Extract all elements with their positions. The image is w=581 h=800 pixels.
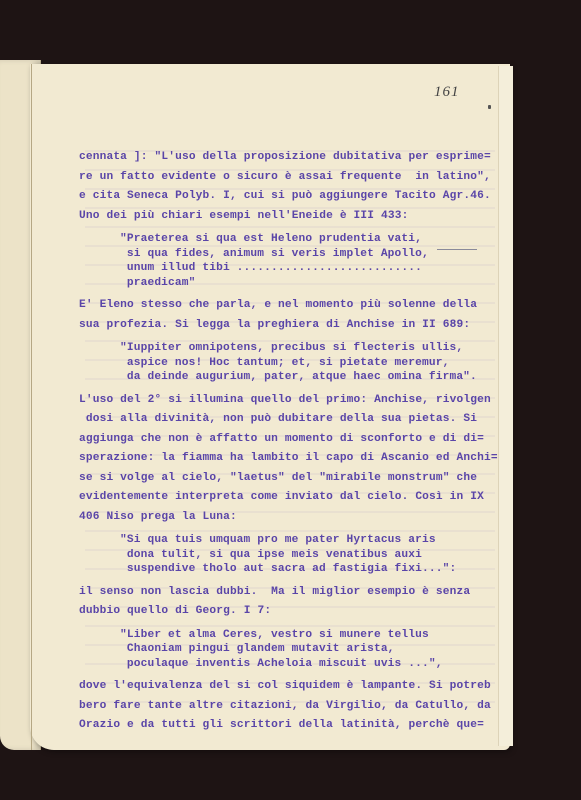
quote-line: da deinde augurium, pater, atque haec om… [79, 370, 499, 385]
quote-2: "Iuppiter omnipotens, precibus si flecte… [79, 341, 499, 385]
text-line: dubbio quello di Georg. I 7: [79, 602, 499, 622]
quote-line: "Liber et alma Ceres, vestro si munere t… [79, 628, 499, 643]
text-line: 406 Niso prega la Luna: [79, 508, 499, 528]
quote-line: praedicam" [79, 276, 499, 291]
quote-1: "Praeterea si qua est Heleno prudentia v… [79, 232, 499, 290]
quote-line: Chaoniam pingui glandem mutavit arista, [79, 642, 499, 657]
quote-line: poculaque inventis Acheloia miscuit uvis… [79, 657, 499, 672]
page-edge [498, 66, 513, 746]
text-line: sua profezia. Si legga la preghiera di A… [79, 316, 499, 336]
text-line: re un fatto evidente o sicuro è assai fr… [79, 168, 499, 188]
quote-line: "Praeterea si qua est Heleno prudentia v… [79, 232, 499, 247]
quote-line: dona tulit, si qua ipse meis venatibus a… [79, 548, 499, 563]
text-line: dove l'equivalenza del si col siquidem è… [79, 677, 499, 697]
quote-line: "Si qua tuis umquam pro me pater Hyrtacu… [79, 533, 499, 548]
quote-line: aspice nos! Hoc tantum; et, si pietate m… [79, 356, 499, 371]
gutter-line [31, 64, 32, 750]
quote-3: "Si qua tuis umquam pro me pater Hyrtacu… [79, 533, 499, 577]
text-line: E' Eleno stesso che parla, e nel momento… [79, 296, 499, 316]
text-line: Orazio e da tutti gli scrittori della la… [79, 716, 499, 736]
text-line: sperazione: la fiamma ha lambito il capo… [79, 449, 499, 469]
text-line: bero fare tante altre citazioni, da Virg… [79, 697, 499, 717]
paragraph-5: dove l'equivalenza del si col siquidem è… [79, 677, 499, 736]
text-line: dosi alla divinità, non può dubitare del… [79, 410, 499, 430]
ink-dot [488, 105, 491, 109]
paragraph-3: L'uso del 2° si illumina quello del prim… [79, 391, 499, 528]
text-line: Uno dei più chiari esempi nell'Eneide è … [79, 207, 499, 227]
text-line: evidentemente interpreta come inviato da… [79, 488, 499, 508]
paragraph-2: E' Eleno stesso che parla, e nel momento… [79, 296, 499, 335]
text-line: L'uso del 2° si illumina quello del prim… [79, 391, 499, 411]
quote-line: unum illud tibi ........................… [79, 261, 499, 276]
text-line: aggiunga che non è affatto un momento di… [79, 430, 499, 450]
paragraph-1: cennata ]: "L'uso della proposizione dub… [79, 148, 499, 226]
text-line: se si volge al cielo, "laetus" del "mira… [79, 469, 499, 489]
typewritten-text: cennata ]: "L'uso della proposizione dub… [79, 148, 499, 736]
quote-line: suspendive tholo aut sacra ad fastigia f… [79, 562, 499, 577]
text-line: cennata ]: "L'uso della proposizione dub… [79, 148, 499, 168]
text-line: e cita Seneca Polyb. I, cui si può aggiu… [79, 187, 499, 207]
quote-line: "Iuppiter omnipotens, precibus si flecte… [79, 341, 499, 356]
text-line: il senso non lascia dubbi. Ma il miglior… [79, 583, 499, 603]
paragraph-4: il senso non lascia dubbi. Ma il miglior… [79, 583, 499, 622]
quote-4: "Liber et alma Ceres, vestro si munere t… [79, 628, 499, 672]
page-number: 161 [434, 84, 460, 101]
quote-line: si qua fides, animum si veris implet Apo… [79, 247, 499, 262]
